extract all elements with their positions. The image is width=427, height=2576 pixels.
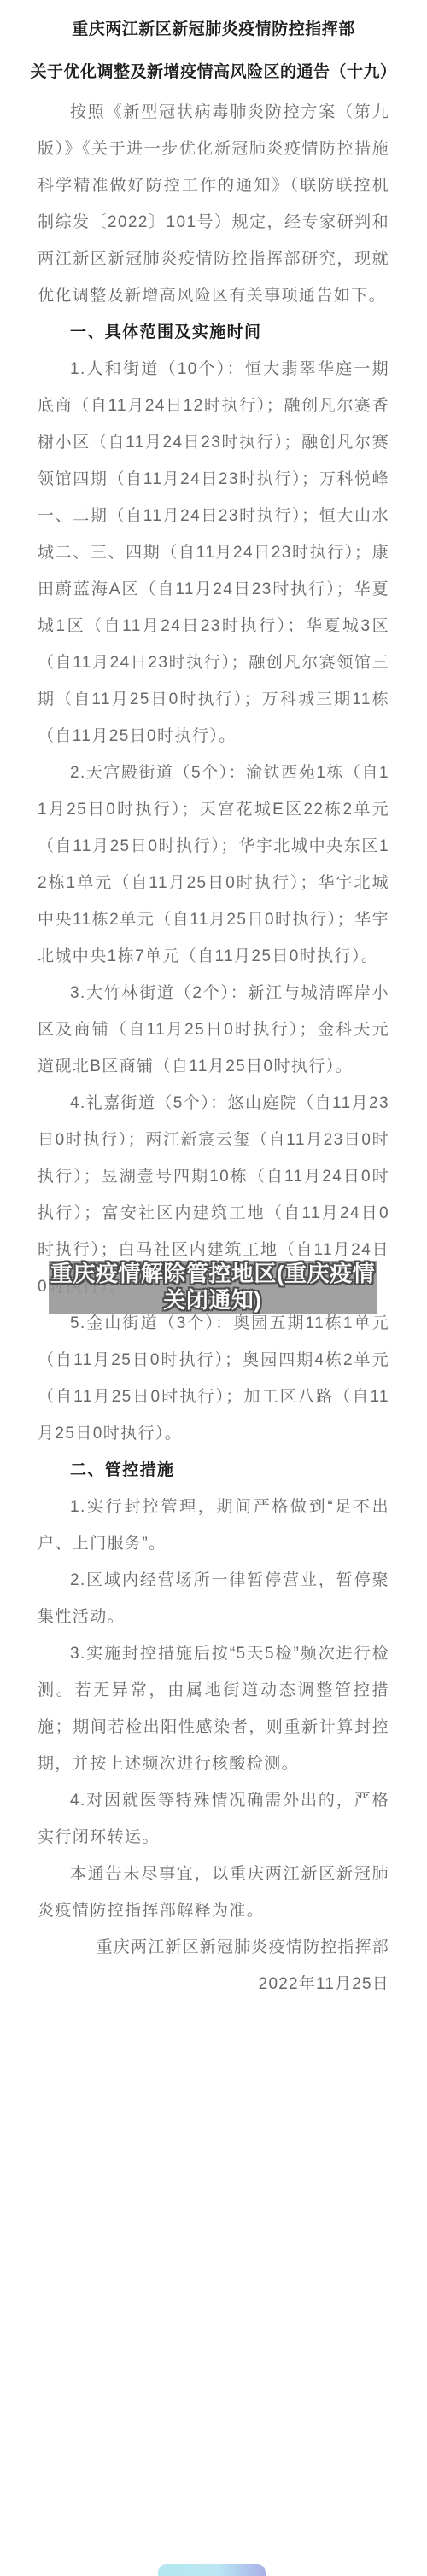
measure-paragraph-3: 3.实施封控措施后按“5天5检”频次进行检测。若无异常，由属地街道动态调整管控措… [38,1635,389,1782]
district-paragraph-tiangongdian: 2.天宫殿街道（5个）：渝铁西苑1栋（自11月25日0时执行）；天宫花城E区22… [38,755,389,975]
measure-paragraph-4: 4.对因就医等特殊情况确需外出的，严格实行闭环转运。 [38,1782,389,1856]
partial-button-top[interactable] [158,2564,266,2576]
notice-page: 重庆两江新区新冠肺炎疫情防控指挥部 关于优化调整及新增疫情高风险区的通告（十九）… [0,0,427,2576]
notice-title-line-2: 关于优化调整及新增疫情高风险区的通告（十九） [29,51,398,94]
notice-body: 按照《新型冠状病毒肺炎防控方案（第九版）》《关于进一步优化新冠肺炎疫情防控措施科… [0,94,427,2002]
district-paragraph-dazhulin: 3.大竹林街道（2个）：新江与城清晖岸小区及商铺（自11月25日0时执行）；金科… [38,975,389,1085]
watermark-text: 重庆疫情解除管控地区(重庆疫情关闭通知) [49,1261,377,1314]
district-paragraph-renhe: 1.人和街道（10个）：恒大翡翠华庭一期底商（自11月24日12时执行）；融创凡… [38,351,389,755]
section-1-heading: 一、具体范围及实施时间 [38,314,389,351]
intro-paragraph: 按照《新型冠状病毒肺炎防控方案（第九版）》《关于进一步优化新冠肺炎疫情防控措施科… [38,94,389,314]
watermark-banner: 重庆疫情解除管控地区(重庆疫情关闭通知) [49,1261,377,1314]
closing-paragraph: 本通告未尽事宜，以重庆两江新区新冠肺炎疫情防控指挥部解释为准。 [38,1856,389,1929]
notice-title: 重庆两江新区新冠肺炎疫情防控指挥部 关于优化调整及新增疫情高风险区的通告（十九） [0,0,427,94]
district-paragraph-jinshan: 5.金山街道（3个）：奥园五期11栋1单元（自11月25日0时执行）；奥园四期4… [38,1305,389,1452]
measure-paragraph-2: 2.区域内经营场所一律暂停营业，暂停聚集性活动。 [38,1562,389,1635]
section-2-heading: 二、管控措施 [38,1452,389,1489]
measure-paragraph-1: 1.实行封控管理，期间严格做到“足不出户、上门服务”。 [38,1489,389,1562]
signature-org: 重庆两江新区新冠肺炎疫情防控指挥部 [38,1929,389,1966]
notice-title-line-1: 重庆两江新区新冠肺炎疫情防控指挥部 [29,9,398,51]
signature-date: 2022年11月25日 [38,1966,389,2002]
